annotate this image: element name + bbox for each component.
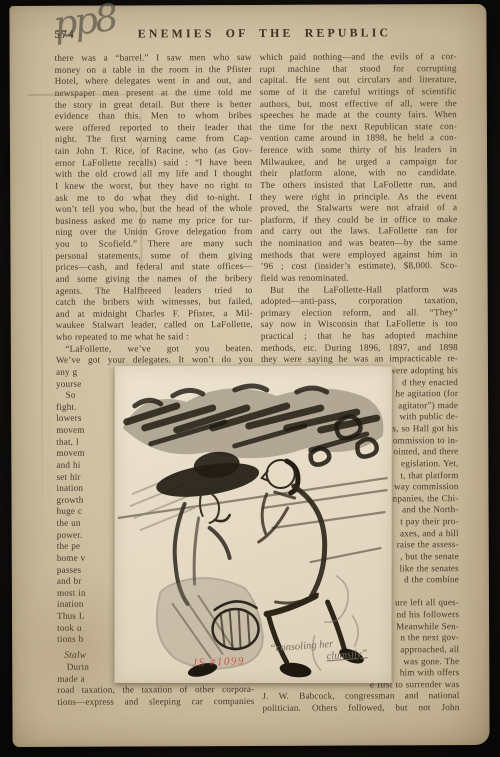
handwritten-page-note: pp8 — [51, 0, 118, 46]
text-line: “LaFollette, we’ve got you beaten. — [56, 343, 253, 355]
text-line: the time for the next Republican state c… — [260, 121, 457, 133]
text-line: primary election reform, and all. “They” — [261, 307, 458, 319]
text-line: We’ve got your delegates. It won’t do yo… — [56, 354, 253, 366]
text-line: their platform alone, with no candidate. — [260, 167, 457, 179]
text-line: with the old crowd all my life and I tho… — [55, 168, 252, 180]
text-line: who repeated to me what he said : — [56, 331, 253, 343]
text-line: methods, etc. During 1896, 1897, and 189… — [261, 342, 458, 354]
text-line: ference with some thirty of his leaders … — [260, 144, 457, 156]
text-line: methods that were employed against him i… — [260, 249, 457, 261]
text-line: evidence than this. Men to whom bribes — [55, 110, 252, 122]
text-line: some of it the careful writings of scien… — [260, 86, 457, 98]
text-line: Milwaukee, and he urged a campaign for — [260, 156, 457, 168]
text-line: The others insisted that LaFollette run,… — [260, 179, 457, 191]
text-line: field was renominated. — [261, 272, 458, 284]
left-column-bottom-text: road taxation, the taxation of other cor… — [57, 684, 254, 708]
text-line: night. The first warning came from Cap- — [55, 133, 252, 145]
text-line: But the LaFollette-Hall platform was — [261, 284, 458, 296]
right-column-bottom-text: J. W. Babcock, congressman and nationalp… — [262, 690, 459, 714]
text-line: ning over the Union Grove delegation fro… — [55, 226, 252, 238]
text-line: practical ; that he has adopted machine — [261, 330, 458, 342]
text-line: road taxation, the taxation of other cor… — [57, 684, 254, 696]
text-line: they were right in principle. As the eve… — [260, 191, 457, 203]
book-page: pp8 574 ENEMIES OF THE REPUBLIC there wa… — [9, 4, 489, 747]
text-line: the nomination and was beaten—by the sam… — [260, 237, 457, 249]
text-line: adopted—anti-pass, corporation taxation, — [261, 295, 458, 307]
text-line: proved, the Stalwarts were not afraid of… — [260, 202, 457, 214]
text-line: you to Scofield.” There are many such — [55, 238, 252, 250]
header-title: ENEMIES OF THE REPUBLIC — [106, 25, 422, 41]
text-line: and at midnight Charles F. Pfister, a Mi… — [56, 308, 253, 320]
text-line: agents. The Halfbreed leaders tried to — [56, 284, 253, 296]
left-column-text: there was a “barrel.” I saw men who sawm… — [55, 52, 253, 367]
text-line: business asked me to name my price for t… — [55, 215, 252, 227]
charcoal-sketch-drawing — [115, 366, 392, 683]
text-line: catch the bribers with witnesses, but fa… — [56, 296, 253, 308]
text-line: capital. He sent out circulars and liter… — [260, 74, 457, 86]
text-line: ernor LaFollette recalls) said : “I have… — [55, 157, 252, 169]
text-line: and some giving the names of the bribery — [56, 273, 253, 285]
text-line: waukee Stalwart leader, called on LaFoll… — [56, 319, 253, 331]
text-line: rupt machine that stood for corrupting — [260, 63, 457, 75]
text-line: speeches he made at the county fairs. Wh… — [260, 109, 457, 121]
text-line: were offered reported to their leader th… — [55, 122, 252, 134]
text-line: there was a “barrel.” I saw men who saw — [55, 52, 252, 64]
text-line: politician. Others followed, but not Joh… — [262, 702, 459, 714]
text-line: which paid nothing—and the evils of a co… — [260, 51, 457, 63]
text-line: ’96 ; cost (insider’s estimate), $8,000.… — [261, 260, 458, 272]
pasted-sketch-overlay — [115, 366, 392, 683]
text-line: Hotel, where delegates went in and out, … — [55, 75, 252, 87]
text-line: won’t tell you who, but the head of the … — [55, 203, 252, 215]
text-line: ask me to do what they did to-night. I — [55, 191, 252, 203]
text-line: tain John T. Rice, of Racine, who (as Go… — [55, 145, 252, 157]
text-line: they were saying he was an impracticable… — [261, 353, 458, 365]
pencil-caption-line-2: clumsily” — [326, 648, 368, 662]
text-line: authors, but, most effective of all, wer… — [260, 98, 457, 110]
text-line: platform, if they could be in office to … — [260, 214, 457, 226]
right-column-text: which paid nothing—and the evils of a co… — [260, 51, 458, 366]
text-line: I knew the worst, but they have no right… — [55, 180, 252, 192]
text-line: prices—cash, and federal and state offic… — [56, 261, 253, 273]
red-catalog-number-note: JS #1099 — [192, 655, 245, 669]
text-line: and carry out the laws. LaFollette ran f… — [260, 225, 457, 237]
page-crease — [40, 126, 44, 546]
text-line: J. W. Babcock, congressman and national — [262, 690, 459, 702]
text-line: vention came around in 1898, he held a c… — [260, 132, 457, 144]
text-line: money on a table in the room in the Pfis… — [55, 64, 252, 76]
text-line: personal statements, some of them giving — [55, 250, 252, 262]
text-line: the story in great detail. But there is … — [55, 98, 252, 110]
text-line: say now in Wisconsin that LaFollette is … — [261, 318, 458, 330]
text-line: tions—express and sleeping car companies — [57, 696, 254, 708]
